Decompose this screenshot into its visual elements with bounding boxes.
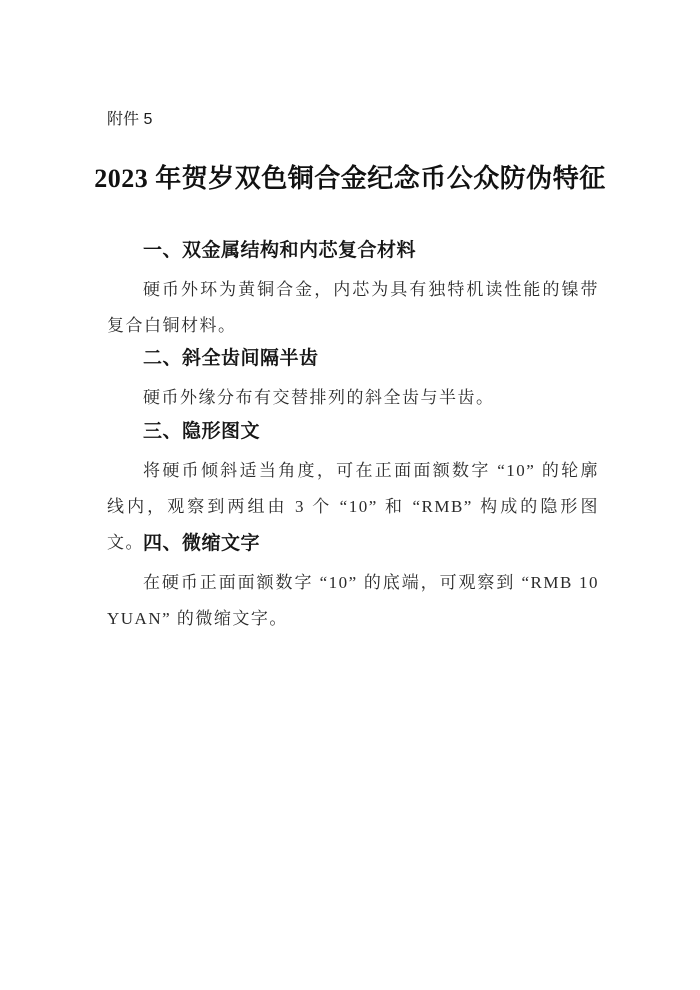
section-body: 硬币外缘分布有交替排列的斜全齿与半齿。 xyxy=(107,380,599,416)
section-heading: 二、斜全齿间隔半齿 xyxy=(107,348,599,370)
document-title: 2023 年贺岁双色铜合金纪念币公众防伪特征 xyxy=(94,161,606,197)
section-microtext: 四、微缩文字 在硬币正面面额数字 “10” 的底端，可观察到 “RMB 10 Y… xyxy=(107,533,599,637)
attachment-label: 附件 5 xyxy=(107,110,152,130)
section-bimetal-structure: 一、双金属结构和内芯复合材料 硬币外环为黄铜合金，内芯为具有独特机读性能的镍带复… xyxy=(107,240,599,344)
section-edge-teeth: 二、斜全齿间隔半齿 硬币外缘分布有交替排列的斜全齿与半齿。 xyxy=(107,348,599,416)
section-heading: 一、双金属结构和内芯复合材料 xyxy=(107,240,599,262)
section-heading: 三、隐形图文 xyxy=(107,421,599,443)
section-body: 在硬币正面面额数字 “10” 的底端，可观察到 “RMB 10 YUAN” 的微… xyxy=(107,565,599,637)
section-heading: 四、微缩文字 xyxy=(107,533,599,555)
section-body: 硬币外环为黄铜合金，内芯为具有独特机读性能的镍带复合白铜材料。 xyxy=(107,272,599,344)
document-page: 附件 5 2023 年贺岁双色铜合金纪念币公众防伪特征 一、双金属结构和内芯复合… xyxy=(0,0,700,990)
